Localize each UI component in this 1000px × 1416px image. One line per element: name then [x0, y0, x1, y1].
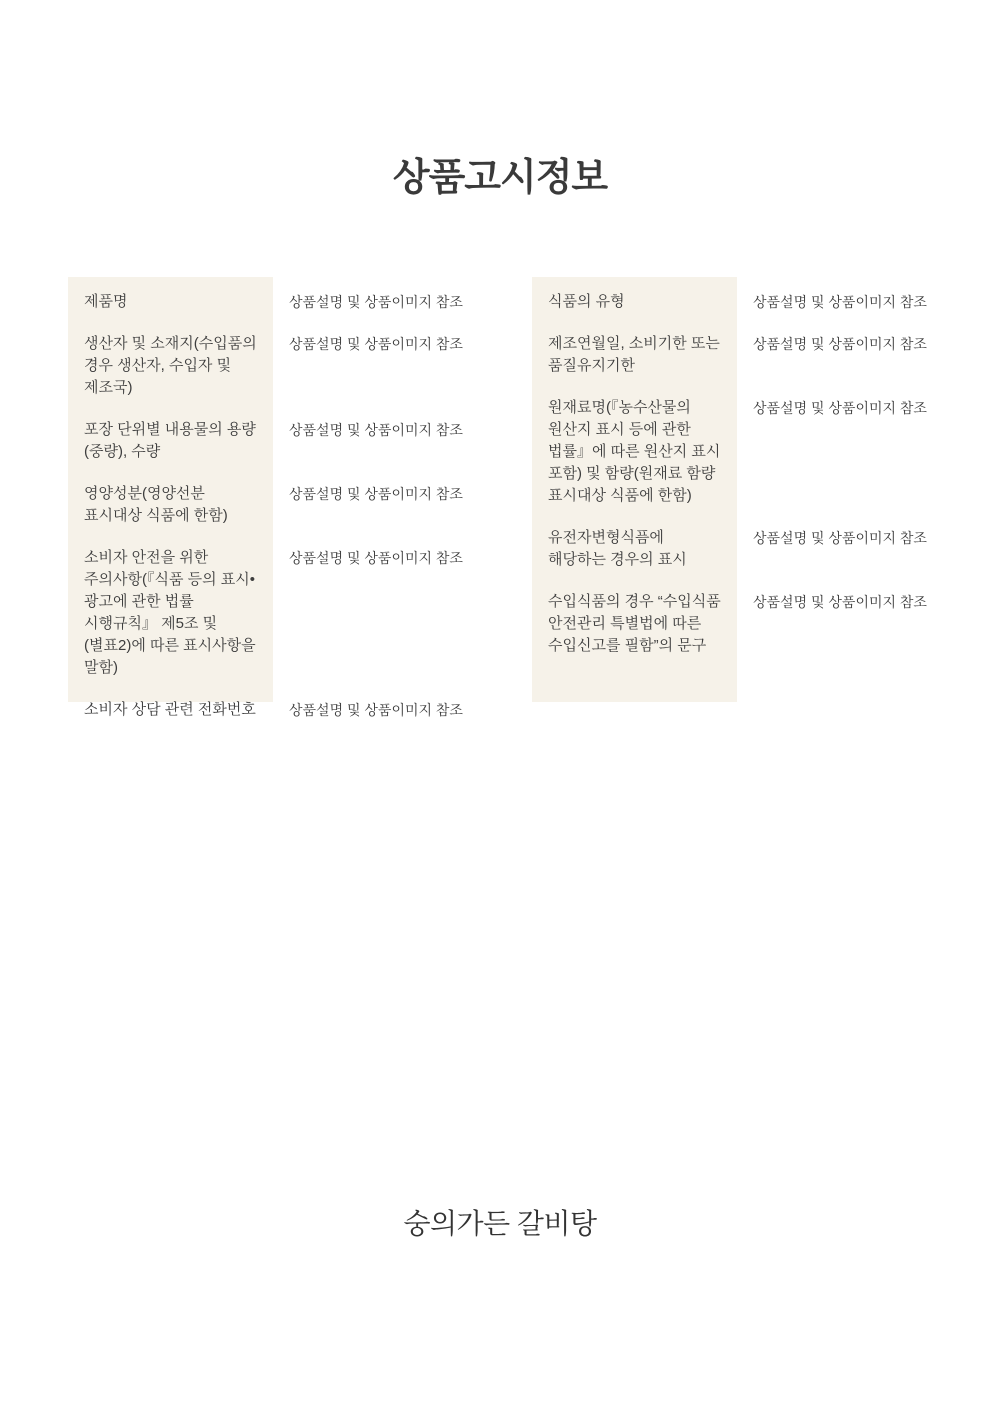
notice-row: 수입식품의 경우 “수입식품 안전관리 특별법에 따른 수입신고를 필함”의 문…	[532, 591, 953, 657]
notice-value: 상품설명 및 상품이미지 참조	[273, 483, 489, 505]
notice-label: 생산자 및 소재지(수입품의 경우 생산자, 수입자 및 제조국)	[68, 333, 273, 399]
notice-value: 상품설명 및 상품이미지 참조	[737, 397, 953, 419]
product-name: 숭의가든 갈비탕	[0, 1202, 1000, 1242]
notice-value: 상품설명 및 상품이미지 참조	[273, 699, 489, 721]
notice-label: 포장 단위별 내용물의 용량(중량), 수량	[68, 419, 273, 463]
notice-label: 영양성분(영양선분 표시대상 식품에 한함)	[68, 483, 273, 527]
notice-column-right: 식품의 유형 상품설명 및 상품이미지 참조 제조연월일, 소비기한 또는 품질…	[532, 277, 953, 702]
notice-value: 상품설명 및 상품이미지 참조	[737, 333, 953, 355]
notice-value: 상품설명 및 상품이미지 참조	[273, 419, 489, 441]
notice-label: 원재료명(『농수산물의 원산지 표시 등에 관한 법률』에 따른 원산지 표시 …	[532, 397, 737, 507]
notice-label: 식품의 유형	[532, 291, 737, 313]
page-title: 상품고시정보	[0, 146, 1000, 201]
notice-value: 상품설명 및 상품이미지 참조	[737, 527, 953, 549]
notice-label: 소비자 상담 관련 전화번호	[68, 699, 273, 721]
notice-row: 소비자 상담 관련 전화번호 상품설명 및 상품이미지 참조	[68, 699, 489, 721]
notice-row: 생산자 및 소재지(수입품의 경우 생산자, 수입자 및 제조국) 상품설명 및…	[68, 333, 489, 399]
notice-row: 제조연월일, 소비기한 또는 품질유지기한 상품설명 및 상품이미지 참조	[532, 333, 953, 377]
notice-row: 영양성분(영양선분 표시대상 식품에 한함) 상품설명 및 상품이미지 참조	[68, 483, 489, 527]
notice-rows-left: 제품명 상품설명 및 상품이미지 참조 생산자 및 소재지(수입품의 경우 생산…	[68, 277, 489, 721]
notice-label: 수입식품의 경우 “수입식품 안전관리 특별법에 따른 수입신고를 필함”의 문…	[532, 591, 737, 657]
notice-value: 상품설명 및 상품이미지 참조	[273, 333, 489, 355]
product-notice-table: 제품명 상품설명 및 상품이미지 참조 생산자 및 소재지(수입품의 경우 생산…	[68, 277, 953, 721]
notice-rows-right: 식품의 유형 상품설명 및 상품이미지 참조 제조연월일, 소비기한 또는 품질…	[532, 277, 953, 657]
notice-row: 포장 단위별 내용물의 용량(중량), 수량 상품설명 및 상품이미지 참조	[68, 419, 489, 463]
notice-value: 상품설명 및 상품이미지 참조	[737, 291, 953, 313]
notice-value: 상품설명 및 상품이미지 참조	[273, 291, 489, 313]
notice-row: 제품명 상품설명 및 상품이미지 참조	[68, 291, 489, 313]
notice-row: 식품의 유형 상품설명 및 상품이미지 참조	[532, 291, 953, 313]
notice-label: 제조연월일, 소비기한 또는 품질유지기한	[532, 333, 737, 377]
notice-row: 유전자변형식픔에 해당하는 경우의 표시 상품설명 및 상품이미지 참조	[532, 527, 953, 571]
notice-value: 상품설명 및 상품이미지 참조	[737, 591, 953, 613]
notice-row: 원재료명(『농수산물의 원산지 표시 등에 관한 법률』에 따른 원산지 표시 …	[532, 397, 953, 507]
notice-label: 유전자변형식픔에 해당하는 경우의 표시	[532, 527, 737, 571]
notice-row: 소비자 안전을 위한 주의사항(『식품 등의 표시•광고에 관한 법률 시행규칙…	[68, 547, 489, 679]
notice-label: 제품명	[68, 291, 273, 313]
notice-column-left: 제품명 상품설명 및 상품이미지 참조 생산자 및 소재지(수입품의 경우 생산…	[68, 277, 489, 721]
notice-label: 소비자 안전을 위한 주의사항(『식품 등의 표시•광고에 관한 법률 시행규칙…	[68, 547, 273, 679]
notice-value: 상품설명 및 상품이미지 참조	[273, 547, 489, 569]
